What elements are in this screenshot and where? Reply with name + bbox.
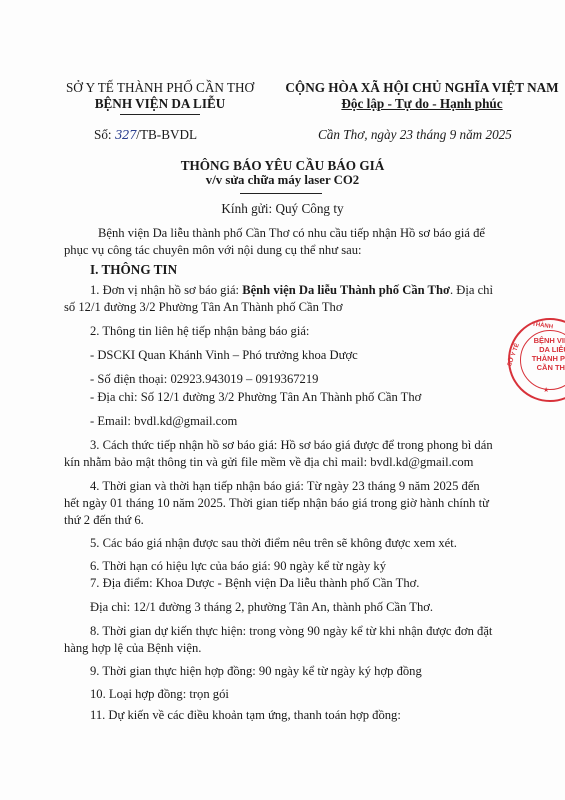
- seal-arc-left: SỞ Y TẾ: [507, 343, 521, 368]
- star-icon: ★: [543, 386, 549, 394]
- title-divider: [240, 193, 322, 194]
- doc-number-suffix: /TB-BVDL: [136, 127, 197, 142]
- item-4-line-3: thứ 2 đến thứ 6.: [64, 513, 144, 528]
- recipient: Kính gửi: Quý Công ty: [0, 201, 565, 217]
- item-1-suffix: . Địa chỉ: [450, 283, 493, 297]
- intro-line-2: phục vụ công tác chuyên môn với nội dung…: [64, 243, 361, 258]
- seal-line-2: DA LIỄU: [524, 345, 565, 354]
- contact-name: - DSCKI Quan Khánh Vinh – Phó trưởng kho…: [90, 348, 358, 363]
- item-1-hospital-name: Bệnh viện Da liễu Thành phố Cần Thơ: [242, 283, 450, 297]
- contact-address: - Địa chỉ: Số 12/1 đường 3/2 Phường Tân …: [90, 390, 421, 405]
- item-3-line-2: kín nhằm bảo mật thông tin và gửi file m…: [64, 455, 473, 470]
- item-11: 11. Dự kiến về các điều khoản tạm ứng, t…: [90, 708, 401, 723]
- header-left-underline: [120, 114, 200, 115]
- contact-email: - Email: bvdl.kd@gmail.com: [90, 414, 237, 429]
- item-2: 2. Thông tin liên hệ tiếp nhận bảng báo …: [90, 324, 309, 339]
- item-4-line-1: 4. Thời gian và thời hạn tiếp nhận báo g…: [90, 479, 480, 494]
- item-8-line-1: 8. Thời gian dự kiến thực hiện: trong vò…: [90, 624, 492, 639]
- document-page: SỞ Y TẾ THÀNH PHỐ CẦN THƠ BỆNH VIỆN DA L…: [0, 0, 565, 800]
- item-10: 10. Loại hợp đồng: trọn gói: [90, 687, 229, 702]
- seal-line-1: BỆNH VIỆN: [524, 336, 565, 345]
- item-1: 1. Đơn vị nhận hồ sơ báo giá: Bệnh viện …: [90, 283, 493, 298]
- intro-line-1: Bệnh viện Da liễu thành phố Cần Thơ có n…: [98, 226, 485, 241]
- item-7: 7. Địa điểm: Khoa Dược - Bệnh viện Da li…: [90, 576, 419, 591]
- item-8-line-2: hàng hợp lệ của Bệnh viện.: [64, 641, 201, 656]
- document-number: Số: 327/TB-BVDL: [94, 127, 197, 143]
- section-heading: I. THÔNG TIN: [90, 262, 177, 278]
- item-1-prefix: 1. Đơn vị nhận hồ sơ báo giá:: [90, 283, 242, 297]
- seal-line-4: CẦN THƠ: [524, 363, 565, 372]
- seal-text: BỆNH VIỆN DA LIỄU THÀNH PHỐ CẦN THƠ: [524, 336, 565, 372]
- national-motto: Độc lập - Tự do - Hạnh phúc: [282, 96, 562, 112]
- item-5: 5. Các báo giá nhận được sau thời điểm n…: [90, 536, 457, 551]
- place-date: Cần Thơ, ngày 23 tháng 9 năm 2025: [318, 127, 512, 143]
- doc-number-prefix: Số:: [94, 127, 115, 142]
- official-seal: THÀNH SỞ Y TẾ BỆNH VIỆN DA LIỄU THÀNH PH…: [508, 318, 565, 402]
- doc-number-handwritten: 327: [115, 128, 136, 142]
- item-3-line-1: 3. Cách thức tiếp nhận hồ sơ báo giá: Hồ…: [90, 438, 493, 453]
- item-4-line-2: hết ngày 01 tháng 10 năm 2025. Thời gian…: [64, 496, 489, 511]
- national-title: CỘNG HÒA XÃ HỘI CHỦ NGHĨA VIỆT NAM: [282, 80, 562, 96]
- document-subject: v/v sửa chữa máy laser CO2: [0, 173, 565, 188]
- item-7-address: Địa chỉ: 12/1 đường 3 tháng 2, phường Tâ…: [90, 600, 433, 615]
- item-9: 9. Thời gian thực hiện hợp đồng: 90 ngày…: [90, 664, 422, 679]
- seal-line-3: THÀNH PHỐ: [524, 354, 565, 363]
- contact-phone: - Số điện thoại: 02923.943019 – 09193672…: [90, 372, 318, 387]
- issuing-organization: BỆNH VIỆN DA LIỄU: [40, 96, 280, 112]
- item-1-line-2: số 12/1 đường 3/2 Phường Tân An Thành ph…: [64, 300, 343, 315]
- document-title: THÔNG BÁO YÊU CẦU BÁO GIÁ: [0, 158, 565, 174]
- seal-arc-top: THÀNH: [532, 322, 554, 331]
- item-6: 6. Thời hạn có hiệu lực của báo giá: 90 …: [90, 559, 386, 574]
- issuing-authority: SỞ Y TẾ THÀNH PHỐ CẦN THƠ: [40, 80, 280, 96]
